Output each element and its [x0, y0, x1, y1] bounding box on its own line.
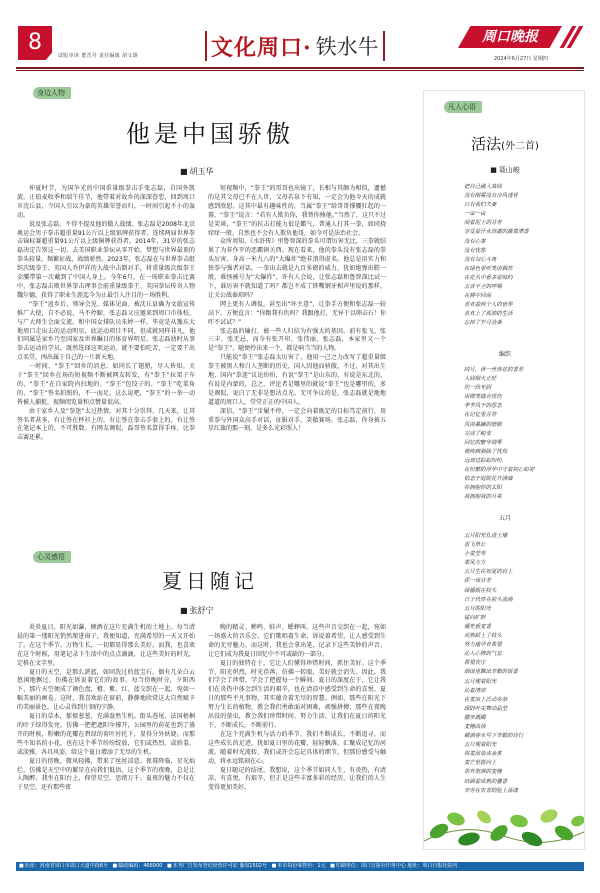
poem-line: 没有心事: [464, 238, 529, 247]
section-tag-people: 身边人物: [33, 87, 71, 99]
poem-title: 活法(外二首): [424, 133, 585, 154]
poem-line: 享受着汗水浇灌的蔬菜清香: [464, 228, 529, 237]
poem-line: 四月，读一丝落花的香芳: [464, 366, 534, 375]
poem-author: 聂山峻: [424, 165, 585, 175]
article2-title: 夏日随记: [0, 565, 420, 594]
paragraph: 一时间，“拳王”回乡的消息，如同长了翅膀，尽人皆知。关于“拳王”回乡在场的短视频…: [17, 363, 195, 408]
poem-line: 绿的叶尖舞动晶莹: [464, 705, 523, 714]
poem-line: 在麦浪上泛动夹杂: [464, 696, 523, 705]
footer-bar: 社址：河南省周口市周口大道中段6号 邮政编码：466000 本刊广告发布登记经营…: [16, 862, 584, 871]
poem-line: 我拥抱我的月亮: [464, 493, 534, 502]
paragraph: 晚的精灵。蝉鸣、蛙声、蟋蟀叫，这些声音交织在一起，宛如一场盛大的音乐会。它们歌唱…: [208, 624, 386, 660]
section-tag-soul: 心灵感悟: [33, 551, 71, 563]
header-rule: [16, 70, 584, 71]
poem-line: 小麦莹秀: [464, 550, 523, 559]
poem-line: 将麦浪染成金黄: [464, 750, 523, 759]
poem-line: 藏满春水写下辛勤的诗行: [464, 732, 523, 741]
poem-line: 五音不全的呼喝: [464, 283, 529, 292]
column-title: 文化周口· 铁水牛: [205, 30, 385, 62]
poem-line: 没有刚需没有冷风透骨: [464, 192, 529, 201]
paragraph: 深信，“拳王”步履不停，一定会向着既定的目标笃定前行，用重拳与外国众高手对话，征…: [208, 408, 386, 435]
poem-line: 在纷繁的浮华中守着初心如寄: [464, 466, 534, 475]
poem-line: 在花丛中看多姿绰约: [464, 274, 529, 283]
poem-line: 依恋于庭院花开满墙: [464, 475, 534, 484]
footer-price: 本市每份零售价：1元: [272, 863, 326, 869]
poem-title-suffix: (外二首): [501, 141, 539, 152]
page-number: 8: [18, 26, 52, 60]
column-title-red: 文化周口·: [211, 31, 312, 62]
poem-line: 五月便着阳光: [464, 741, 523, 750]
article1-column-2: 短视频中，“拳王”的哥哥也出镜了，长相与其颇为相似，遗憾的是其父母已不在人世，父…: [208, 185, 386, 434]
paragraph: 在这个充满生机与活力的季节，我们不断成长，不断追寻，而这些成长的足迹，犹如夏日里…: [208, 731, 386, 767]
divider-bar: [205, 31, 207, 61]
poem-3: 五月阳光扎进土壤 雷飞草长 小麦莹秀 柔风方方 五月生在初夏的肩上 挥一场芬芳 …: [464, 532, 523, 796]
header-rule: [16, 67, 584, 69]
poem-2: 四月，读一丝落花的香芳 人间烟火正旺 织一段光阴 用微笑缝合忧伤 季节风干的思念…: [464, 366, 534, 502]
poem-line: 麦穗高扬: [464, 723, 523, 732]
section-tag-poetry: 凡人心语: [444, 101, 482, 113]
poem-line: 带育饱满的麦穗: [464, 768, 523, 777]
poem-line: 被疾病剥除了忧伤: [464, 448, 534, 457]
poem-line: 没有勾心斗角: [464, 256, 529, 265]
poem-2-title: 编织: [424, 349, 585, 358]
poem-line: 喜欢着两个人的世界: [464, 301, 529, 310]
poem-line: 织一段光阴: [464, 384, 534, 393]
newspaper-logo: 周口晚报: [458, 26, 578, 48]
paragraph: 众所周知，《水浒传》里鲁智深的拳头可谓厉害无比，三拳就结果了为非作歹的恶霸镇关西…: [208, 238, 386, 300]
poem-line: 麦芒坚挺向上: [464, 759, 523, 768]
issue-date: 2024年6月27日 星期四: [494, 55, 548, 62]
poem-title-main: 活法: [471, 135, 501, 153]
poem-line: 五月阳光扎进土壤: [464, 532, 523, 541]
poem-line: 雷飞草长: [464, 541, 523, 550]
poem-line: 在绿色里听笑语偶然: [464, 265, 529, 274]
poem-line: 挥一场芬芳: [464, 577, 523, 586]
footer-postcode: 邮政编码：466000: [113, 863, 163, 869]
article1-title: 他是中国骄傲: [0, 114, 420, 149]
paragraph: 张志磊的输打，被一些人归结为有强大的基因，前有张飞、张三丰、张无忌，而今有张开印…: [208, 328, 386, 355]
footer-printer: 印刷单位：周口日报社印务中心 地址：周口日报社院内: [330, 863, 457, 869]
paragraph: 说及张志磊，不得不提及他的傲人战绩。张志磊是2008年北京奥运会男子拳击超重量9…: [17, 221, 195, 301]
poem-line: 风雨暴躁的磨砺: [464, 421, 534, 430]
masthead: 8 试版审读 董晋丹 责任编辑 胡文雄 文化周口· 铁水牛 周口晚报 2024年…: [0, 0, 600, 74]
paragraph: 夏日的独特在于，它让人们懂得珍惜时间，抓住美好。这个季节，阳光炽烈，时光荏苒，仿…: [208, 660, 386, 731]
poem-line: 五月的阳光: [464, 605, 523, 614]
article1-column-1: 仲夏时节，为国争光的中国重量级拳击手张志磊，自国外凯旋。正值麦收季和端午佳节，他…: [17, 185, 195, 443]
green-leaves-illustration: [424, 781, 585, 849]
article1-author: 胡玉华: [180, 166, 214, 177]
poem-line: 用微笑缝合忧伤: [464, 393, 534, 402]
poetry-panel: 凡人心语 活法(外二首) 聂山峻 把自己融入其间 没有刚需没有冷风透骨 只有我们…: [423, 90, 585, 850]
poem-line: 播先看麦香: [464, 623, 523, 632]
poem-line: 远离过踪踪纷纷: [464, 457, 534, 466]
paragraph: 短视频中，“拳王”的哥哥也出镜了，长相与其颇为相似，遗憾的是其父母已不在人世，父…: [208, 185, 386, 238]
article2-column-2: 晚的精灵。蝉鸣、蛙声、蟋蟀叫，这些声音交织在一起，宛如一场盛大的音乐会。它们歌唱…: [208, 624, 386, 793]
poem-line: 沁人心脾的气息: [464, 650, 523, 659]
poem-line: 回忆的繁华凋零: [464, 439, 534, 448]
paragraph: 炎炎夏日，阳光如瀑，倾洒在这片充满生机的土地上。每当清晨的第一缕阳光悄然爬进窗子…: [17, 624, 195, 669]
poem-line: 喜欢上了孤独的生活: [464, 310, 529, 319]
poem-line: 努力地孕育希望: [464, 641, 523, 650]
logo-text: 周口晚报: [458, 26, 562, 48]
paragraph: 夏日随记的结尾，我想说，这个季节如同人生，有炎热，有清凉，有喜悦，有艰辛，但正是…: [208, 767, 386, 794]
paragraph: 仲夏时节，为国争光的中国重量级拳击手张志磊，自国外凯旋。正值麦收季和端午佳节，他…: [17, 185, 195, 221]
poem-line: 沁着清凉: [464, 687, 523, 696]
paragraph: 只能说“拳王”张志磊太厉害了，他用一己之力改写了超重量级拳王被黑人和白人垄断的历…: [208, 354, 386, 407]
footer-ad-license: 本刊广告发布登记经营许可证 豫周1502号: [167, 863, 267, 869]
paragraph: 夏日的天空，是那么湛蓝，如同洗过的蓝宝石。偶有几朵白云悠闲地飘过，仿佛在诉说着它…: [17, 669, 195, 714]
poem-line: 成熟跃上了枝头: [464, 632, 523, 641]
poem-line: 闻着泥土的芬芳: [464, 219, 529, 228]
poem-line: 猛向旷野: [464, 614, 523, 623]
poem-3-title: 五月: [424, 513, 585, 522]
poem-line: 没有忧愁: [464, 247, 529, 256]
paragraph: 夏日的草木，郁郁葱葱，充满盎然生机。街头巷尾，法国梧桐的叶子绿得发亮，仿佛一把把…: [17, 713, 195, 758]
poem-line: 你拥抱你的太阳: [464, 484, 534, 493]
paragraph: 由于家乡人及“拳迷”太过热情，对其十分崇拜，几天来，让其签名者甚多，有让签在杯衫…: [17, 408, 195, 444]
poem-line: 一亩一亩: [464, 210, 529, 219]
poem-line: 人间烟火正旺: [464, 375, 534, 384]
paragraph: 网上更有人调侃，甚至出“坏主意”，让拳手方便和张志磊一较高下，方便直言：“你跟我…: [208, 301, 386, 328]
poem-line: 绿播摇在枝头: [464, 587, 523, 596]
footer-address: 社址：河南省周口市周口大道中段6号: [19, 863, 108, 869]
poem-line: 柔风方方: [464, 559, 523, 568]
poem-line: 把自己融入其间: [464, 183, 529, 192]
editors-credit: 试版审读 董晋丹 责任编辑 胡文雄: [58, 52, 138, 59]
paragraph: “拳王”返乡后，领导会见、媒体见面、被沈丘县确为文旅宣传推广大使，自不必说，马不…: [17, 301, 195, 363]
poem-line: 挪步溉躅: [464, 714, 523, 723]
poem-line: 在记忆里芬芳: [464, 411, 534, 420]
article2-column-1: 炎炎夏日，阳光如瀑，倾洒在这片充满生机的土地上。每当清晨的第一缕阳光悄然爬进窗子…: [17, 624, 195, 793]
column-title-black: 铁水牛: [316, 31, 379, 61]
paragraph: 夏日的傍晚，微风轻拂，带来了丝丝凉意。夜幕降临，星光灿烂，仿佛是天空中的繁星在向…: [17, 758, 195, 794]
poem-line: 希望农庄: [464, 659, 523, 668]
poem-line: 日子仍然在前头流淌: [464, 596, 523, 605]
poem-line: 忘掉了岁月沧桑: [464, 319, 529, 328]
poem-line: 五月便着阳光: [464, 678, 523, 687]
article2-author: 张舒宁: [180, 605, 214, 616]
poem-line: 只有我们夫妻: [464, 201, 529, 210]
poem-line: 五月生在初夏的肩上: [464, 568, 523, 577]
poem-1: 把自己融入其间 没有刚需没有冷风透骨 只有我们夫妻 一亩一亩 闻着泥土的芬芳 享…: [464, 183, 529, 329]
divider-bar: [383, 31, 385, 61]
poem-line: 季节风干的思念: [464, 402, 534, 411]
poem-line: 烟囱里飘出辛勤的饭香: [464, 668, 523, 677]
poem-line: 在耕中回荡: [464, 292, 529, 301]
poem-line: 完成了蜕变: [464, 430, 534, 439]
